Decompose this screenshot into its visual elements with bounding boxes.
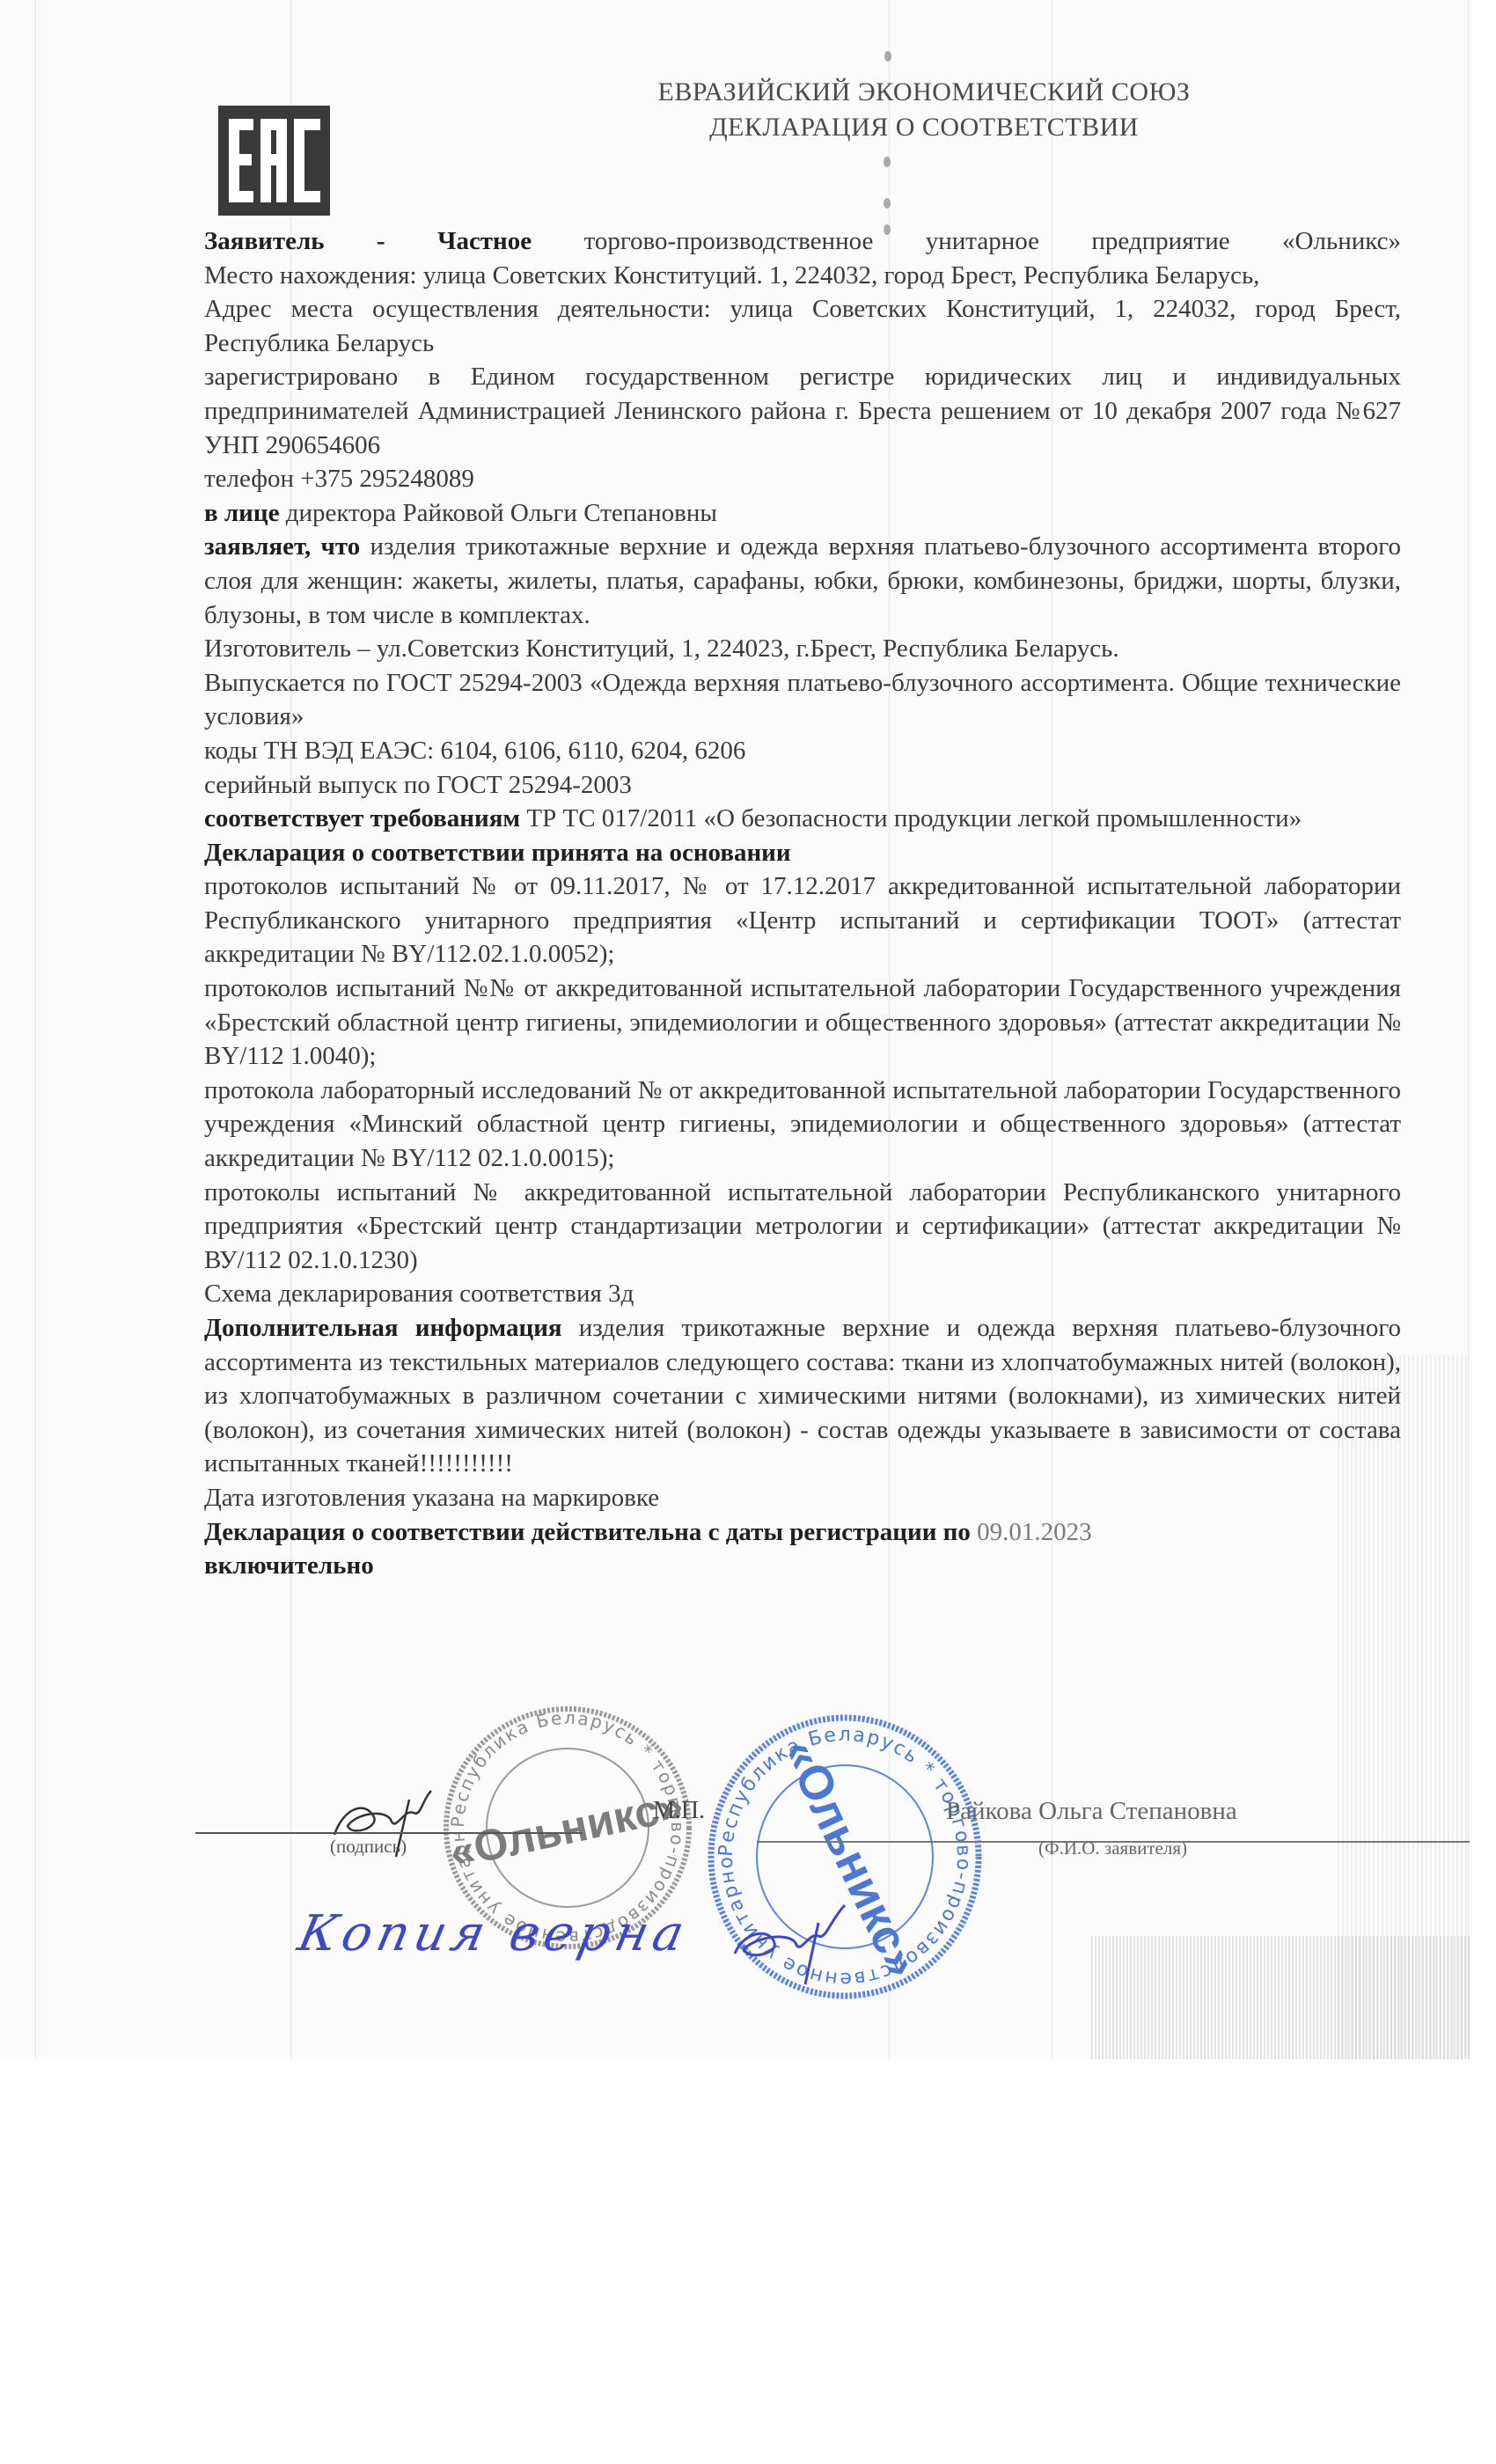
applicant-line: Заявитель - Частное торгово-производстве… — [204, 224, 1401, 259]
compliance-statement: соответствует требованиям ТР ТС 017/2011… — [204, 802, 1401, 836]
produced-by-standard: Выпускается по ГОСТ 25294-2003 «Одежда в… — [204, 666, 1401, 734]
applicant-registration: зарегистрировано в Едином государственно… — [204, 360, 1401, 462]
signer-name-caption: (Ф.И.О. заявителя) — [1038, 1837, 1187, 1859]
applicant-phone: телефон +375 295248089 — [204, 462, 1401, 496]
validity-statement: Декларация о соответствии действительна … — [204, 1515, 1401, 1550]
union-title: ЕВРАЗИЙСКИЙ ЭКОНОМИЧЕСКИЙ СОЮЗ — [528, 75, 1320, 110]
scan-artifact — [884, 198, 891, 209]
applicant-activity-address: Адрес места осуществления деятельности: … — [204, 292, 1401, 360]
scan-artifact — [884, 51, 891, 62]
applicant-name-bold: Частное — [437, 227, 532, 255]
serial-production: серийный выпуск по ГОСТ 25294-2003 — [204, 768, 1401, 803]
basis-item: протокола лабораторный исследований № от… — [204, 1074, 1401, 1176]
declaration-scheme: Схема декларирования соответствия 3д — [204, 1277, 1401, 1311]
applicant-location: Место нахождения: улица Советских Консти… — [204, 259, 1401, 293]
basis-item: протоколов испытаний №№ от аккредитованн… — [204, 972, 1401, 1074]
manufacture-date-note: Дата изготовления указана на маркировке — [204, 1481, 1401, 1515]
seal-place-label: М.П. — [653, 1797, 705, 1825]
basis-item: протоколы испытаний № аккредитованной ис… — [204, 1176, 1401, 1278]
scan-artifact — [884, 157, 891, 167]
scan-artifact — [1091, 1936, 1470, 2059]
tn-ved-codes: коды ТН ВЭД ЕАЭС: 6104, 6106, 6110, 6204… — [204, 734, 1401, 768]
svg-text:«Ольникс»: «Ольникс» — [445, 1780, 687, 1878]
applicant-representative: в лице директора Райковой Ольги Степанов… — [204, 496, 1401, 531]
manufacturer: Изготовитель – ул.Советскиз Конституций,… — [204, 632, 1401, 666]
additional-info: Дополнительная информация изделия трикот… — [204, 1311, 1401, 1481]
scan-artifact — [35, 0, 36, 2059]
document-title: ДЕКЛАРАЦИЯ О СООТВЕТСТВИИ — [528, 110, 1320, 145]
basis-item: протоколов испытаний № от 09.11.2017, № … — [204, 869, 1401, 972]
applicant-label: Заявитель — [204, 227, 325, 255]
document-header: ЕВРАЗИЙСКИЙ ЭКОНОМИЧЕСКИЙ СОЮЗ ДЕКЛАРАЦИ… — [528, 75, 1320, 145]
validity-suffix: включительно — [204, 1549, 1401, 1583]
signer-name: Райкова Ольга Степановна — [946, 1797, 1237, 1826]
signature-caption: (подпись) — [330, 1836, 407, 1858]
declaration-body: Заявитель - Частное торгово-производстве… — [204, 224, 1401, 1583]
certified-copy-note: Копия верна — [293, 1905, 694, 1962]
certified-copy-signature — [722, 1892, 854, 1989]
signature-line — [195, 1832, 583, 1834]
declared-products: заявляет, что изделия трикотажные верхни… — [204, 530, 1401, 632]
basis-heading: Декларация о соответствии принята на осн… — [204, 836, 1401, 870]
applicant-name: торгово-производственное унитарное предп… — [532, 227, 1401, 255]
validity-date: 09.01.2023 — [977, 1518, 1092, 1546]
eac-mark-icon — [218, 106, 330, 216]
